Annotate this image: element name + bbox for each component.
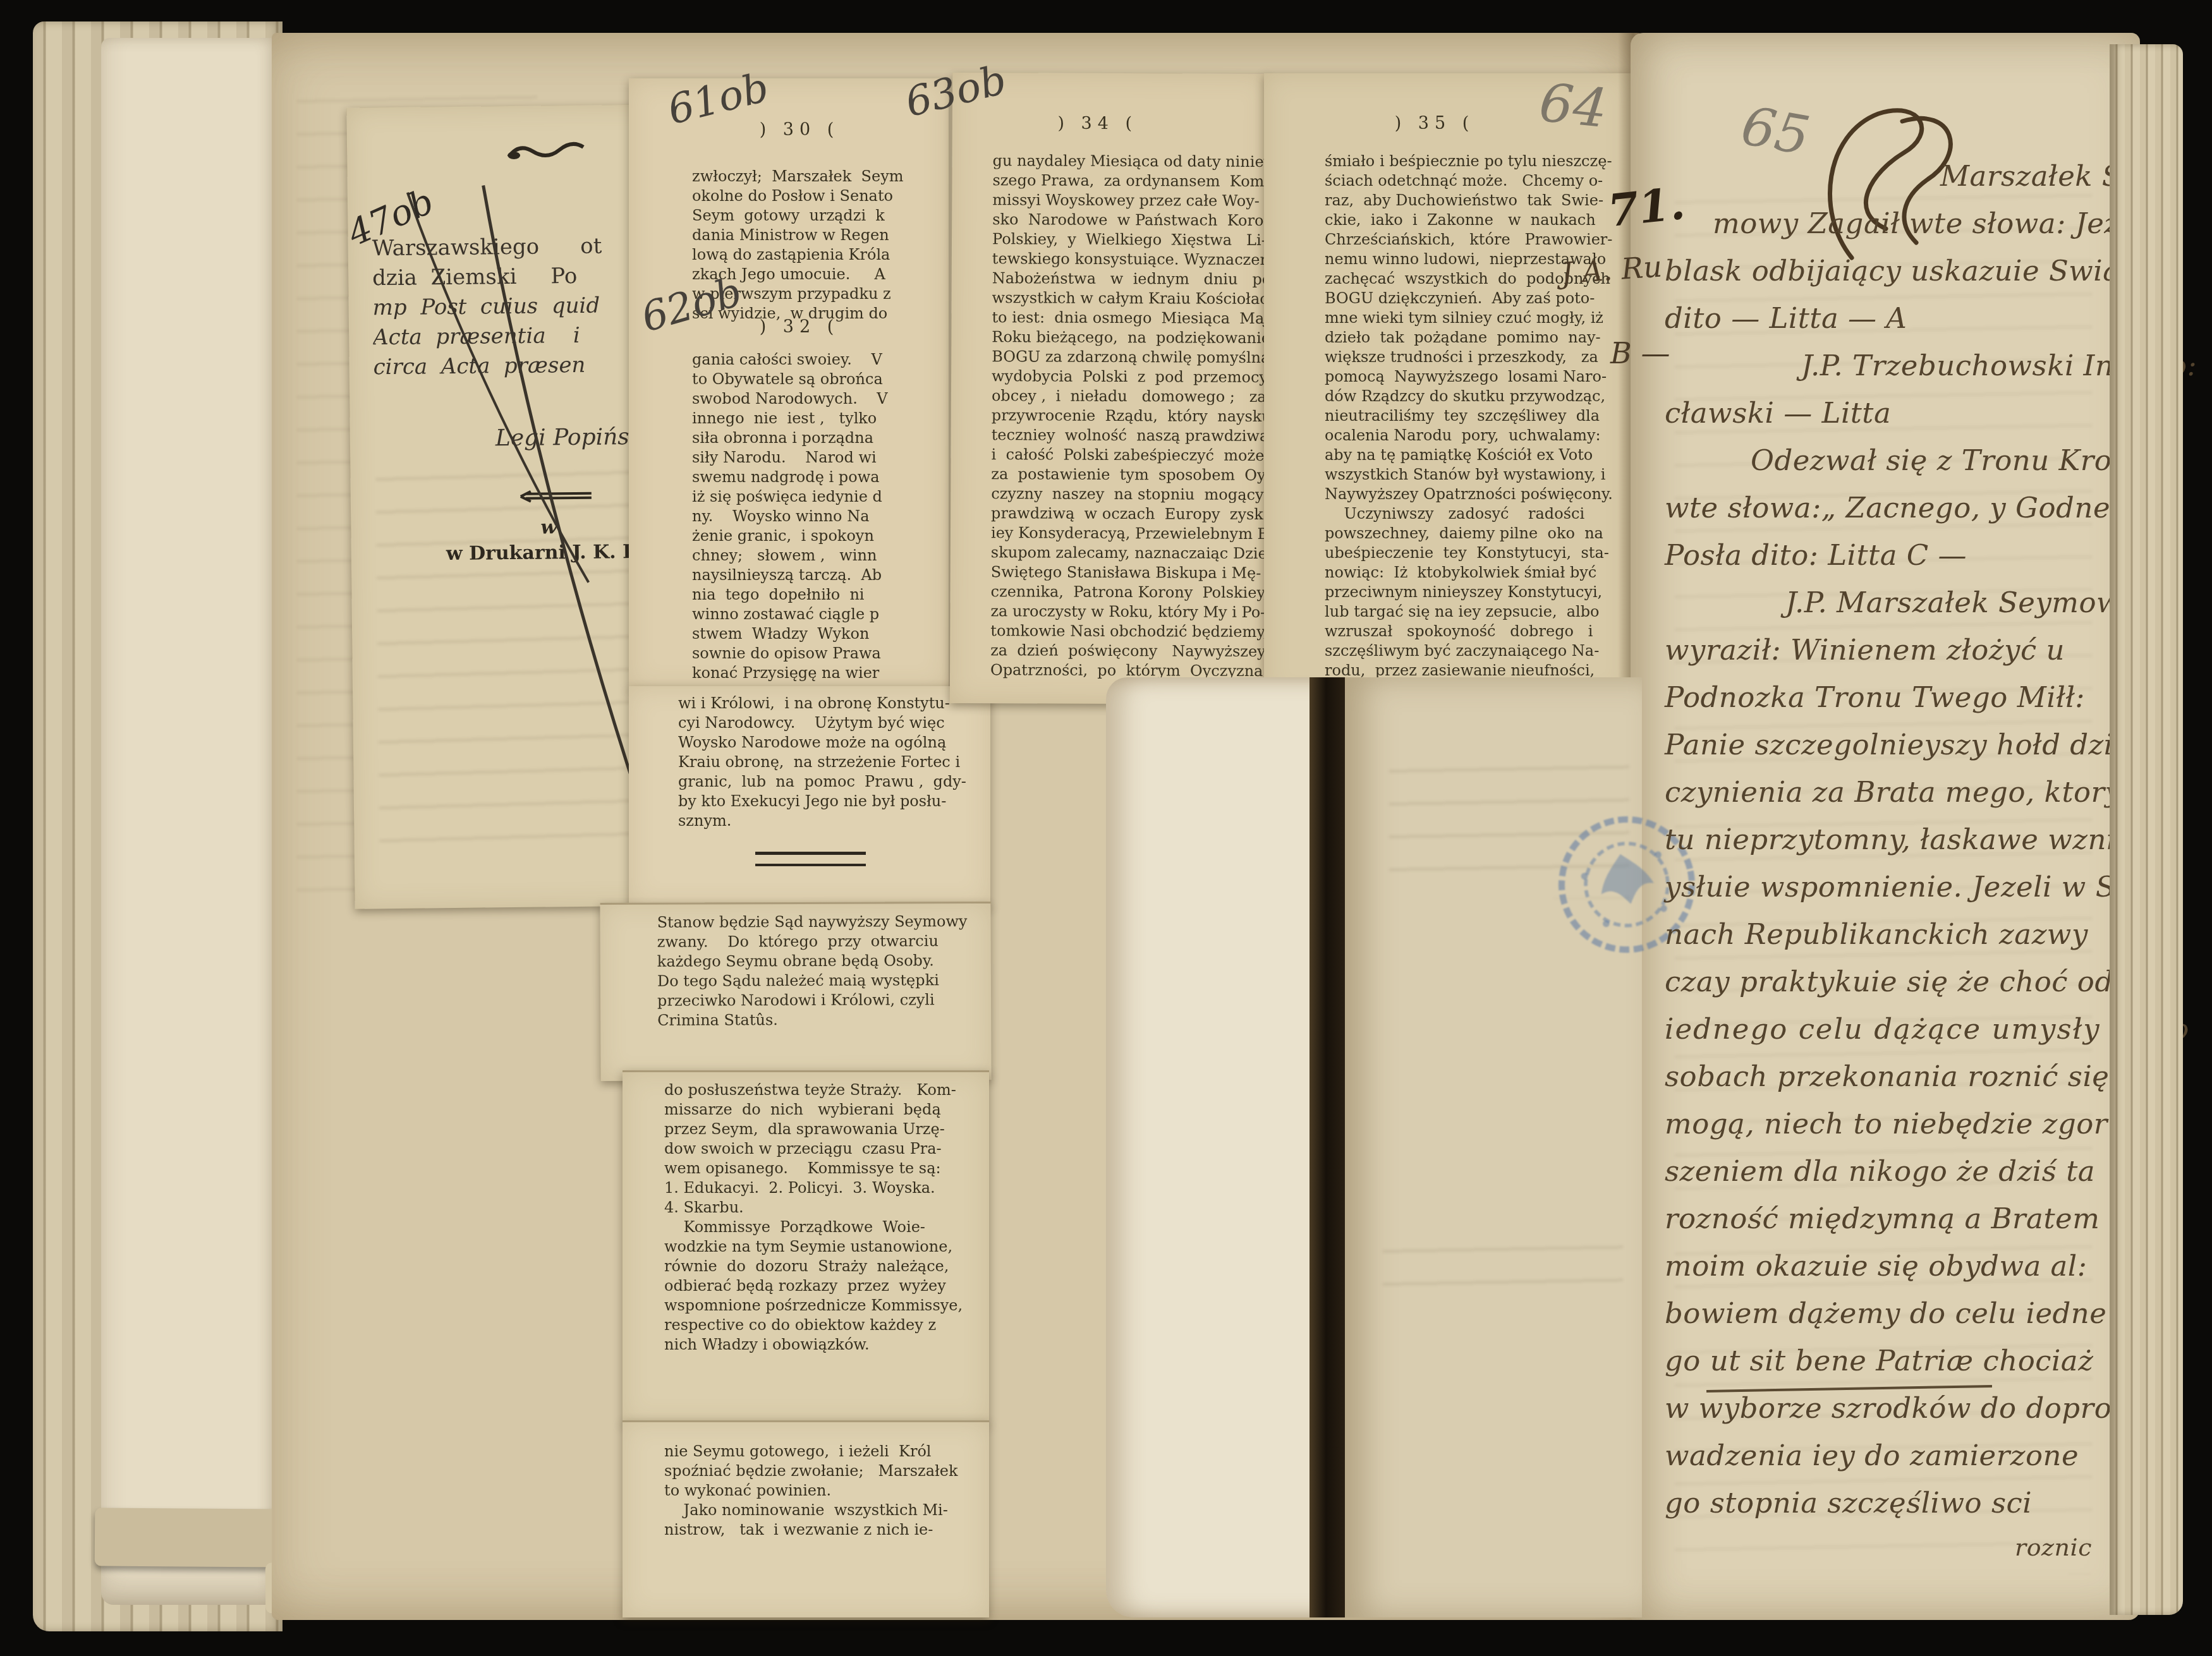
print-line: każdego Seymu obrane będą Osoby. <box>657 951 968 972</box>
manuscript-line: szeniem dla nikogo że dziś ta <box>1643 1154 2136 1202</box>
court-text: Stanow będzie Sąd naywyższy Seymowyzwany… <box>657 912 968 1030</box>
print-line: iż się poświęca iedynie d <box>692 487 888 507</box>
col32-cont-text: wi i Królowi, i na obronę Konstytu-cyi N… <box>678 694 966 831</box>
print-line: Uczyniwszy zadosyć radości <box>1325 504 1613 524</box>
print-line: Nabożeństwa w iednym dniu po <box>992 269 1284 289</box>
manuscript-line: mowy Zagaił wte słowa: Jeżeli <box>1643 207 2136 254</box>
page-number-32: ) 32 ( <box>705 317 894 337</box>
manuscript-line: go stopnia szczęśliwo sci <box>1643 1486 2136 1533</box>
print-line: innego nie iest , tylko <box>692 409 888 428</box>
manuscript-line: nach Republikanckich zazwy <box>1643 917 2136 965</box>
print-line: czennika, Patrona Korony Polskiey, <box>991 582 1282 603</box>
print-line: by kto Exekucyi Jego nie był posłu- <box>678 792 966 811</box>
print-line: naysilnieyszą tarczą. Ab <box>692 565 888 585</box>
print-line: stwem Władzy Wykon <box>692 624 888 644</box>
manuscript-line: sobach przekonania roznić się <box>1643 1060 2136 1107</box>
print-line: siła obronna i porządna <box>692 428 888 448</box>
print-line: Kommissye Porządkowe Woie- <box>664 1218 963 1237</box>
manuscript-line: J.P. Marszałek Seymowy <box>1643 586 2136 633</box>
print-line: gania całości swoiey. V <box>692 350 888 370</box>
manuscript-line: dito — Litta — A <box>1643 301 2136 349</box>
print-line: za uroczysty w Roku, który My i Po- <box>990 601 1282 622</box>
print-line: dzieło tak pożądane pomimo nay- <box>1325 328 1613 348</box>
print-line: respective co do obiektow każdey z <box>664 1315 963 1335</box>
print-line: sownie do opisow Prawa <box>692 644 888 663</box>
gutter-shadow <box>1310 677 1346 1617</box>
print-line: spoźniać będzie zwołanie; Marszałek <box>664 1461 958 1481</box>
manuscript-line: wadzenia iey do zamierzone <box>1643 1439 2136 1486</box>
print-line: powszechney, daiemy pilne oko na <box>1325 524 1613 543</box>
print-line: ubeśpieczenie tey Konstytucyi, sta- <box>1325 543 1613 563</box>
paper-seam <box>623 1070 989 1072</box>
print-line: skupom zalecamy, naznaczaiąc Dzień <box>991 543 1282 564</box>
print-line: Seym gotowy urządzi k <box>692 206 904 226</box>
page-number-34: ) 34 ( <box>997 113 1199 133</box>
manuscript-line: Posła dito: Litta C — <box>1643 538 2136 586</box>
manuscript-line: wyraził: Winienem złożyć u <box>1643 633 2136 680</box>
print-line: 4. Skarbu. <box>664 1198 963 1218</box>
manuscript-line: Podnozka Tronu Twego Miłł: <box>1643 680 2136 728</box>
folio-mark-65: 65 <box>1737 94 1814 167</box>
print-line: ocalenia Narodu pory, uchwalamy: <box>1325 426 1613 445</box>
print-line: wi i Królowi, i na obronę Konstytu- <box>678 694 966 713</box>
print-line: okolne do Posłow i Senato <box>692 186 904 206</box>
print-line: nieutraciliśmy tey szczęśliwey dla <box>1325 406 1613 426</box>
print-line: i całość Polski zabeśpieczyć może; <box>991 445 1282 466</box>
print-line: Chrześciańskich, które Prawowier- <box>1325 230 1613 250</box>
print-line: szczęśliwym być zaczynaiącego Na- <box>1325 641 1613 661</box>
double-rule-icon <box>755 852 866 866</box>
print-line: swobod Narodowych. V <box>692 389 888 409</box>
manuscript-line: cławski — Litta <box>1643 396 2136 444</box>
clipping-col30-32: ) 30 ( zwłoczył; Marszałek Seymokolne do… <box>629 78 949 690</box>
archival-book-spread: Warszawskiego otdzia Ziemski Pomp Post c… <box>0 0 2212 1656</box>
print-line: winno zostawać ciągle p <box>692 605 888 624</box>
print-line: czyzny naszey na stopniu mogącym <box>991 484 1282 505</box>
print-line: tewskiego konsystuiące. Wyznaczenie <box>992 249 1284 270</box>
print-line: lową do zastąpienia Króla <box>692 245 904 265</box>
print-line: ściach odetchnąć może. Chcemy o- <box>1325 171 1613 191</box>
clipping-seym-section: nie Seymu gotowego, i ieżeli Królspoźnia… <box>623 1420 989 1617</box>
print-line: BOGU dziękczynień. Aby zaś poto- <box>1325 289 1613 308</box>
print-line: mne wieki tym silniey czuć mogły, iż <box>1325 308 1613 328</box>
manuscript-line: moim okazuie się obydwa al: <box>1643 1249 2136 1296</box>
manuscript-text: Marszałek Sey:mowy Zagaił wte słowa: Jeż… <box>1643 159 2136 1581</box>
print-line: Kraiu obronę, na strzeżenie Fortec i <box>678 752 966 772</box>
bleedthrough-text <box>1383 1233 1623 1290</box>
print-line: BOGU za zdarzoną chwilę pomyślną, <box>992 347 1283 368</box>
print-line: dow swoich w przeciągu czasu Pra- <box>664 1139 963 1159</box>
print-line: wydobycia Polski z pod przemocy <box>992 366 1283 387</box>
manuscript-line: J.P. Trzebuchowski Inowro: <box>1643 349 2136 396</box>
print-line: przeciwko Narodowi i Królowi, czyli <box>657 990 968 1011</box>
print-line: pomocą Naywyższego losami Naro- <box>1325 367 1613 387</box>
kommissye-text: do posłuszeństwa teyże Straży. Kom-missa… <box>664 1080 963 1355</box>
print-line: do posłuszeństwa teyże Straży. Kom- <box>664 1080 963 1100</box>
manuscript-line: blask odbijaiący uskazuie Swiatło <box>1643 254 2136 301</box>
print-line: swemu nadgrodę i powa <box>692 468 888 487</box>
clipping-court-section: Stanow będzie Sąd naywyższy Seymowyzwany… <box>600 902 992 1081</box>
print-line: nie Seymu gotowego, i ieżeli Król <box>664 1442 958 1461</box>
print-line: przez Seym, dla sprawowania Urzę- <box>664 1120 963 1139</box>
col32-text: gania całości swoiey. Vto Obywatele są o… <box>692 350 888 683</box>
print-line: teczniey wolność naszą prawdziwą, <box>992 425 1283 446</box>
print-line: chney; słowem , winn <box>692 546 888 565</box>
manuscript-line: rozność międzymną a Bratem <box>1643 1202 2136 1249</box>
print-line: nistrow, tak i wezwanie z nich ie- <box>664 1520 958 1540</box>
print-line: śmiało i beśpiecznie po tylu nieszczę- <box>1325 152 1613 171</box>
manuscript-line: tu nieprzytomny, łaskawe wznie <box>1643 823 2136 870</box>
print-line: siły Narodu. Narod wi <box>692 448 888 468</box>
print-line: zwłoczył; Marszałek Seym <box>692 167 904 186</box>
manuscript-line: bowiem dążemy do celu iedne <box>1643 1296 2136 1344</box>
print-line: Swiętego Stanisława Biskupa i Mę- <box>991 562 1282 583</box>
manuscript-line: roznic <box>1643 1533 2136 1581</box>
print-line: wspomnione pośrzednicze Kommissye, <box>664 1296 963 1315</box>
print-line: nich Władzy i obowiązków. <box>664 1335 963 1355</box>
print-line: wodzkie na tym Seymie ustanowione, <box>664 1237 963 1257</box>
manuscript-line: iednego celu dążące umysły wspo <box>1643 1012 2136 1060</box>
print-line: nia tego dopełniło ni <box>692 585 888 605</box>
clipping-col35: ) 35 ( śmiało i beśpiecznie po tylu nies… <box>1264 73 1631 700</box>
print-line: raz, aby Duchowieństwo tak Swie- <box>1325 191 1613 210</box>
print-line: to iest: dnia osmego Miesiąca Maja <box>992 308 1283 329</box>
print-line: lub targać się na iey zepsucie, albo <box>1325 602 1613 622</box>
print-line: wzruszał spokoyność dobrego i <box>1325 622 1613 641</box>
manuscript-line: wte słowa:„ Zacnego, y Godnego <box>1643 491 2136 538</box>
print-line: missarze do nich wybierani będą <box>664 1100 963 1120</box>
manuscript-line: mogą, niech to niebędzie zgor <box>1643 1107 2136 1154</box>
left-page-underlayer <box>101 38 281 1605</box>
manuscript-line: czay praktykuie się że choć od <box>1643 965 2136 1012</box>
print-line: przeciwnym ninieyszey Konstytucyi, <box>1325 583 1613 602</box>
print-line: żenie granic, i spokoyn <box>692 526 888 546</box>
print-line: większe trudności i przeszkody, za <box>1325 348 1613 367</box>
print-line: iey Konsyderacyą, Przewielebnym Bi- <box>991 523 1282 544</box>
print-line: wszystkich Stanów był wystawiony, i <box>1325 465 1613 485</box>
manuscript-line: Panie szczegolnieyszy hołd dzięk: <box>1643 728 2136 775</box>
print-line: cyi Narodowcy. Użytym być więc <box>678 713 966 733</box>
manuscript-line: w wyborze szrodków do dopro <box>1643 1391 2136 1439</box>
print-line: sznym. <box>678 811 966 831</box>
print-line: ny. Woysko winno Na <box>692 507 888 526</box>
print-line: prawdziwą w oczach Europy zyskać <box>991 504 1282 524</box>
print-line: Woysko Narodowe może na ogólną <box>678 733 966 752</box>
manuscript-line: ysłuie wspomnienie. Jezeli w Sta <box>1643 870 2136 917</box>
col34-text: gu naydaley Miesiąca od daty niniey-szeg… <box>990 151 1284 681</box>
print-line: za dzień poświęcony Naywyższey <box>990 641 1282 662</box>
print-line: Crimina Statûs. <box>657 1010 968 1030</box>
manuscript-line: Odezwał się z Tronu Krol Już <box>1643 444 2136 491</box>
print-line: zwany. Do którego przy otwarciu <box>657 931 968 952</box>
print-line: szego Prawa, za ordynansem Kom- <box>992 171 1284 191</box>
print-line: 1. Edukacyi. 2. Policyi. 3. Woyska. <box>664 1178 963 1198</box>
print-line: tomkowie Nasi obchodzić będziemy, <box>990 621 1282 642</box>
manuscript-line: czynienia za Brata mego, ktory <box>1643 775 2136 823</box>
print-line: aby na tę pamiątkę Kościół ex Voto <box>1325 445 1613 465</box>
print-line: ckie, iako i Zakonne w naukach <box>1325 210 1613 230</box>
print-line: Stanow będzie Sąd naywyższy Seymowy <box>657 912 968 933</box>
print-line: sko Narodowe w Państwach Korony <box>992 210 1284 231</box>
manuscript-line: go ut sit bene Patriæ chociaż <box>1643 1344 2136 1391</box>
folio-mark-64: 64 <box>1536 71 1610 140</box>
print-line: odbierać będą rozkazy przez wyżey <box>664 1276 963 1296</box>
clipping-col32-cont: wi i Królowi, i na obronę Konstytu-cyi N… <box>629 686 990 907</box>
print-line: przywrocenie Rządu, który naysku- <box>992 406 1283 426</box>
seym-text: nie Seymu gotowego, i ieżeli Królspoźnia… <box>664 1442 958 1540</box>
print-line: za postawienie tym sposobem Oy- <box>991 464 1282 485</box>
paper-seam <box>623 1420 989 1422</box>
print-line: missyi Woyskowey przez całe Woy- <box>992 190 1284 211</box>
manuscript-line: Marszałek Sey: <box>1643 159 2136 207</box>
print-line: dów Rządzcy do skutku przywodząc, <box>1325 387 1613 406</box>
col35-text: śmiało i beśpiecznie po tylu nieszczę-śc… <box>1325 152 1613 680</box>
print-line: nowiąc: Iż ktobykolwiek śmiał być <box>1325 563 1613 583</box>
print-line: Jako nominowanie wszystkich Mi- <box>664 1501 958 1520</box>
page-number-35: ) 35 ( <box>1334 114 1536 133</box>
print-line: obcey , i nieładu domowego ; za <box>992 386 1283 407</box>
print-line: granic, lub na pomoc Prawu , gdy- <box>678 772 966 792</box>
print-line: to Obywatele są obrońca <box>692 370 888 389</box>
print-line: wem opisanego. Kommissye te są: <box>664 1159 963 1178</box>
print-line: Polskiey, y Wielkiego Xięstwa Li- <box>992 229 1284 250</box>
print-line: wszystkich w całym Kraiu Kościołach, <box>992 288 1284 309</box>
right-fore-edge-stack <box>2110 44 2183 1615</box>
print-line: gu naydaley Miesiąca od daty niniey- <box>993 151 1284 172</box>
print-line: Do tego Sądu należeć maią występki <box>657 970 968 991</box>
print-line: dania Ministrow w Regen <box>692 226 904 245</box>
print-line: Naywyższey Opatrzności poświęcony. <box>1325 485 1613 504</box>
clipping-kommissye-section: do posłuszeństwa teyże Straży. Kom-missa… <box>623 1070 989 1424</box>
print-line: to wykonać powinien. <box>664 1481 958 1501</box>
page-number-30: ) 30 ( <box>705 120 894 140</box>
print-line: konać Przysięgę na wier <box>692 663 888 683</box>
print-line: Roku bieżącego, na podziękowanie <box>992 327 1283 348</box>
print-line: równie do dozoru Straży należące, <box>664 1257 963 1276</box>
clipping-col34: ) 34 ( gu naydaley Miesiąca od daty nini… <box>950 73 1268 704</box>
